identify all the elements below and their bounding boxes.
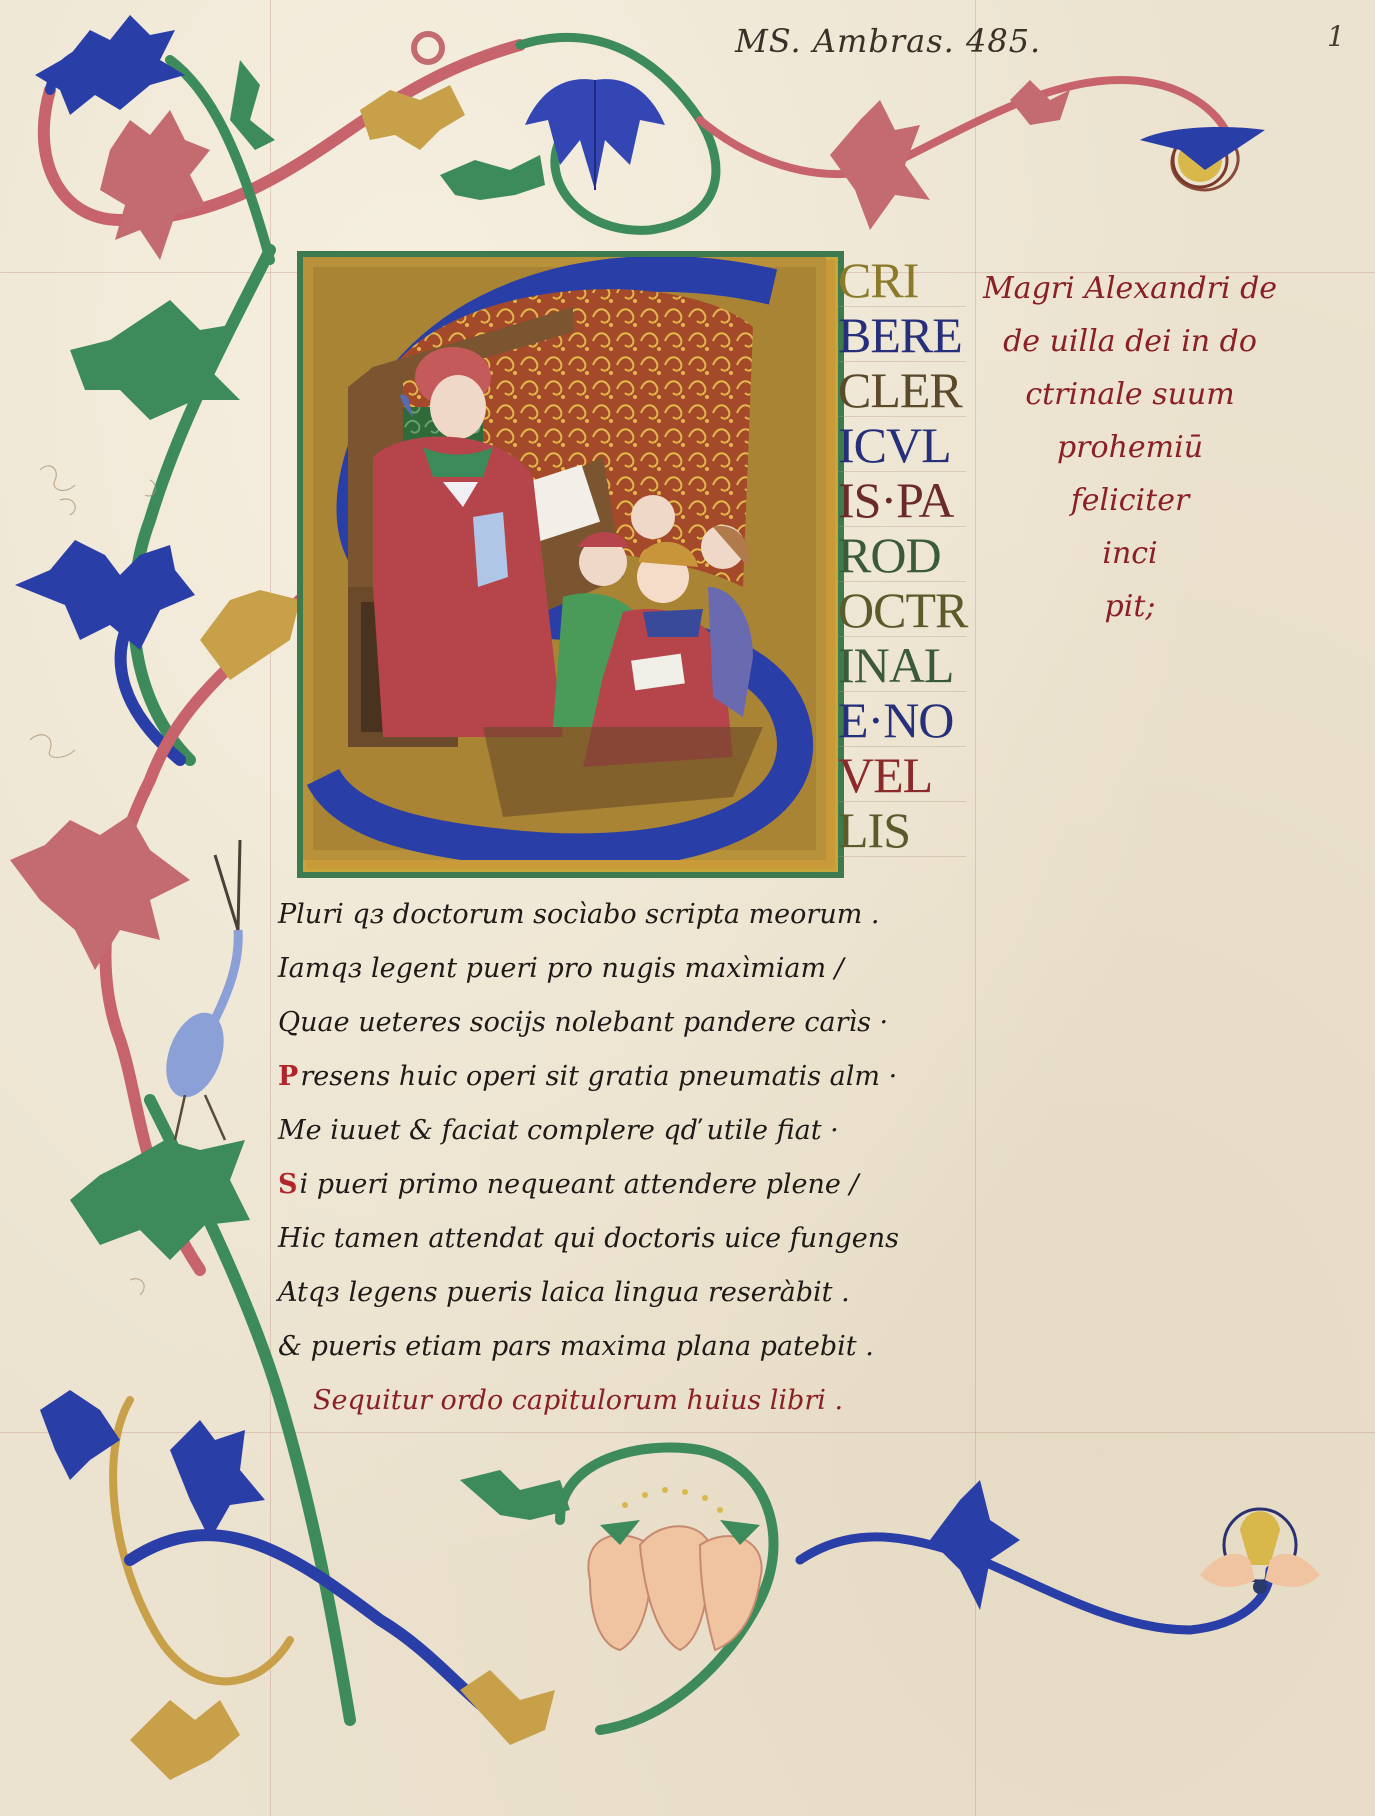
display-capital-line: VEL xyxy=(838,747,966,802)
historiated-initial-miniature xyxy=(297,251,844,878)
rubric-line: pit; xyxy=(980,580,1280,633)
blue-acanthus-leaf-icon xyxy=(170,1420,265,1540)
blue-acanthus-leaf-icon xyxy=(35,15,185,115)
verse-line: Atqз legens pueris laica lingua reseràbi… xyxy=(278,1266,978,1320)
green-acanthus-leaf-icon xyxy=(460,1470,570,1520)
rose-acanthus-leaf-icon xyxy=(10,815,190,970)
manuscript-page: MS. Ambras. 485. 1 xyxy=(0,0,1375,1816)
display-capital-line: CLER xyxy=(838,362,966,417)
display-capital-line: IS·PA xyxy=(838,472,966,527)
rose-acanthus-leaf-icon xyxy=(830,100,930,230)
blue-acanthus-leaf-icon xyxy=(15,540,195,650)
verse-line: Pluri qз doctorum socìabo scripta meorum… xyxy=(278,888,978,942)
closing-rubric: Sequitur ordo capitulorum huius libri . xyxy=(278,1374,978,1428)
verse-line: Si pueri primo nequeant attendere plene … xyxy=(278,1158,978,1212)
red-initial-mark: P xyxy=(278,1061,298,1092)
rubric-line: prohemiū xyxy=(980,421,1280,474)
display-capital-line: ROD xyxy=(838,527,966,582)
blue-acanthus-leaf-icon xyxy=(930,1480,1020,1610)
gold-bud-roundel-icon xyxy=(1200,1509,1320,1594)
prologue-verses: Pluri qз doctorum socìabo scripta meorum… xyxy=(278,888,978,1428)
rubric-line: feliciter xyxy=(980,474,1280,527)
verse-line: Me iuuet & faciat complere qď utile fiat… xyxy=(278,1104,978,1158)
green-acanthus-leaf-icon xyxy=(440,155,545,200)
blue-acanthus-leaf-icon xyxy=(40,1390,120,1480)
verse-line: Hic tamen attendat qui doctoris uice fun… xyxy=(278,1212,978,1266)
verse-line: Iamqз legent pueri pro nugis maxìmiam ∕ xyxy=(278,942,978,996)
peach-lotus-flower-icon xyxy=(588,1487,761,1650)
display-capital-line: LIS xyxy=(838,802,966,857)
green-acanthus-leaf-icon xyxy=(230,60,275,150)
display-capital-line: E·NO xyxy=(838,692,966,747)
columbine-flower-icon xyxy=(525,79,665,190)
rose-acanthus-leaf-icon xyxy=(100,110,210,260)
display-capital-line: OCTR xyxy=(838,582,966,637)
rose-curl-icon xyxy=(414,34,442,62)
display-capital-line: BERE xyxy=(838,307,966,362)
rubric-heading: Magri Alexandri de de uilla dei in do ct… xyxy=(980,262,1280,633)
top-scroll-icon xyxy=(44,37,1238,260)
teacher-with-pupils-illustration xyxy=(303,257,826,860)
rubric-line: de uilla dei in do xyxy=(980,315,1280,368)
red-initial-mark: S xyxy=(278,1169,298,1200)
rubric-line: Magri Alexandri de xyxy=(980,262,1280,315)
display-capitals-column: CRI BERE CLER ICVL IS·PA ROD OCTR INAL E… xyxy=(838,252,966,857)
rubric-line: inci xyxy=(980,527,1280,580)
verse-line: Quae ueteres socijs nolebant pandere car… xyxy=(278,996,978,1050)
verse-line: Presens huic operi sit gratia pneumatis … xyxy=(278,1050,978,1104)
gold-acanthus-leaf-icon xyxy=(200,590,300,680)
verse-line: & pueris etiam pars maxima plana patebit… xyxy=(278,1320,978,1374)
bottom-blue-tail xyxy=(800,1537,1270,1630)
display-capital-line: INAL xyxy=(838,637,966,692)
rubric-line: ctrinale suum xyxy=(980,368,1280,421)
display-capital-line: ICVL xyxy=(838,417,966,472)
display-capital-line: CRI xyxy=(838,252,966,307)
blue-bud-roundel-icon xyxy=(1140,127,1265,187)
gold-acanthus-leaf-icon xyxy=(460,1670,555,1745)
gold-acanthus-leaf-icon xyxy=(130,1700,240,1780)
